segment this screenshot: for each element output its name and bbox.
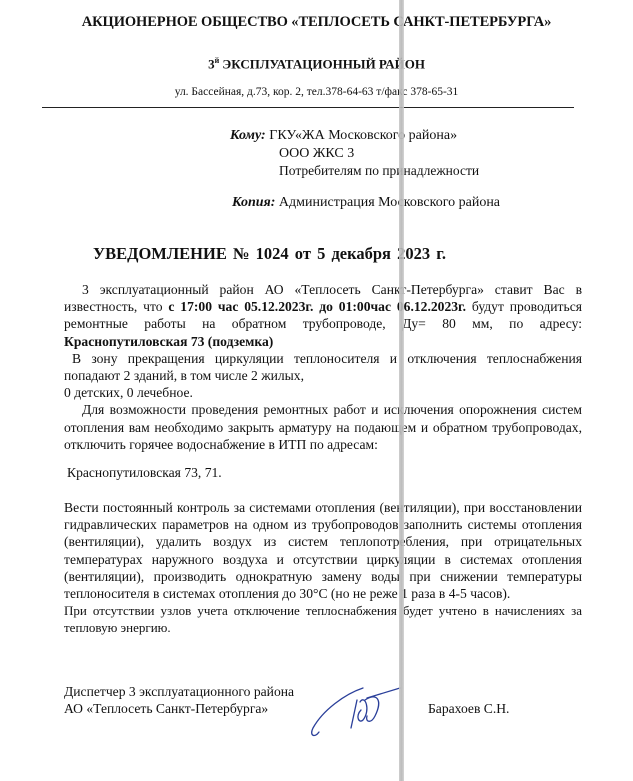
header-divider xyxy=(42,107,574,108)
paragraph-instructions: Для возможности проведения ремонтных раб… xyxy=(64,401,582,453)
district-number-suffix: й xyxy=(215,56,220,65)
paragraph-control: Вести постоянный контроль за системами о… xyxy=(64,499,582,637)
to-label: Кому: xyxy=(230,128,266,143)
district-title: 3й ЭКСПЛУАТАЦИОННЫЙ РАЙОН xyxy=(0,56,633,72)
notice-title: УВЕДОМЛЕНИЕ № 1024 от 5 декабря 2023 г. xyxy=(93,244,446,264)
signatory-position-2: АО «Теплосеть Санкт-Петербурга» xyxy=(64,700,268,717)
to-block: Кому: ГКУ«ЖА Московского района» xyxy=(230,128,457,144)
recipient-2: ООО ЖКС 3 xyxy=(279,146,354,162)
affected-buildings: В зону прекращения циркуляции теплоносит… xyxy=(64,350,582,384)
signatory-name: Барахоев С.Н. xyxy=(428,700,509,717)
affected-special: 0 детских, 0 лечебное. xyxy=(64,384,582,401)
organization-name: АКЦИОНЕРНОЕ ОБЩЕСТВО «ТЕПЛОСЕТЬ САНКТ-ПЕ… xyxy=(0,14,633,31)
recipient-1: ГКУ«ЖА Московского района» xyxy=(269,128,457,143)
outage-period: с 17:00 час 05.12.2023г. до 01:00час 06.… xyxy=(168,299,466,314)
signatory-position-1: Диспетчер 3 эксплуатационного района xyxy=(64,683,294,700)
outage-address: Краснопутиловская 73 (подземка) xyxy=(64,334,273,349)
address-line: ул. Бассейная, д.73, кор. 2, тел.378-64-… xyxy=(0,86,633,98)
scan-fold-line xyxy=(399,0,404,781)
recipient-3: Потребителям по принадлежности xyxy=(279,163,479,179)
handwritten-signature-icon xyxy=(305,680,405,740)
billing-note: При отсутствии узлов учета отключение те… xyxy=(64,602,582,636)
paragraph-1: 3 эксплуатационный район АО «Теплосеть С… xyxy=(64,281,582,453)
copy-recipient: Администрация Московского района xyxy=(279,195,500,210)
copy-block: Копия: Администрация Московского района xyxy=(232,195,500,211)
itp-addresses: Краснопутиловская 73, 71. xyxy=(67,465,222,481)
district-name: ЭКСПЛУАТАЦИОННЫЙ РАЙОН xyxy=(222,56,425,71)
copy-label: Копия: xyxy=(232,195,275,210)
control-instructions: Вести постоянный контроль за системами о… xyxy=(64,499,582,602)
